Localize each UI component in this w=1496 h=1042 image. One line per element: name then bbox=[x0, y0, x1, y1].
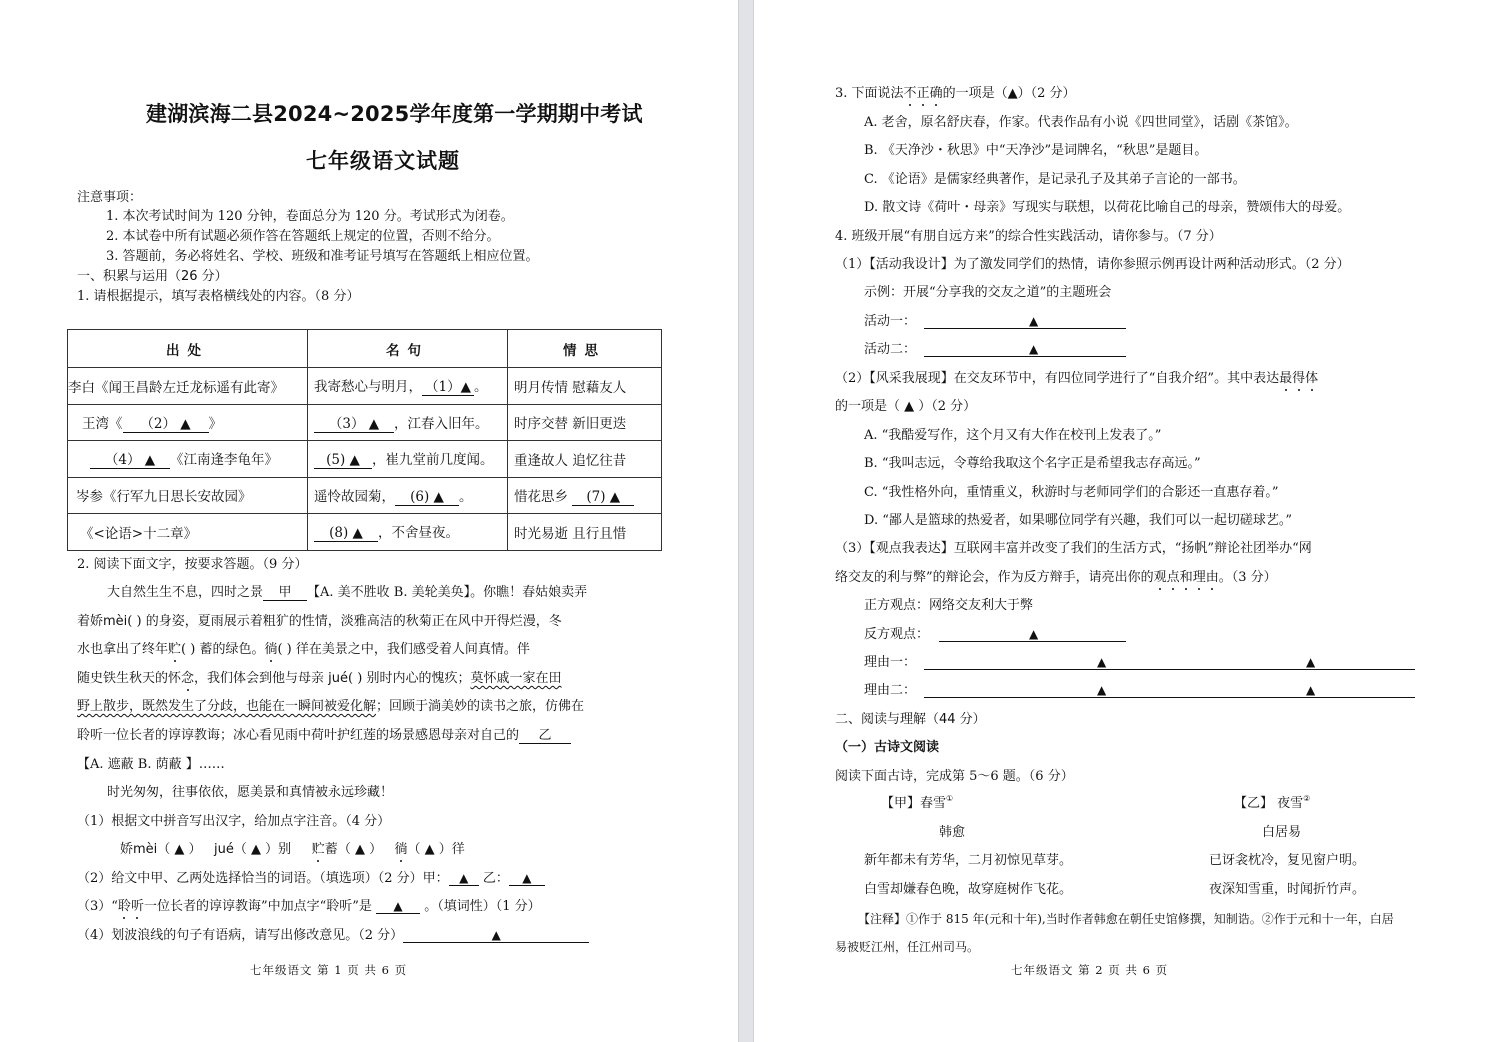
cell-source: （4） ▲《江南逢李龟年》 bbox=[68, 441, 308, 478]
option: D. 散文诗《荷叶・母亲》写现实与联想，以荷花比喻自己的母亲，赞颂伟大的母爱。 bbox=[864, 201, 1350, 214]
sub-question-4: （4）划波浪线的句子有语病，请写出修改意见。（2 分）▲ bbox=[77, 929, 589, 943]
table-row: 李白《闻王昌龄左迁龙标遥有此寄》 我寄愁心与明月，（1）▲。 明月传情 慰藉友人 bbox=[68, 368, 662, 405]
triangle-marker: ▲ bbox=[1029, 343, 1038, 355]
header-quote: 名句 bbox=[308, 330, 508, 368]
poem-title: 【乙】 夜雪② bbox=[1234, 797, 1310, 810]
cell-emotion: 时光易逝 且行且惜 bbox=[508, 514, 662, 551]
section-heading: 一、积累与运用（26 分） bbox=[77, 270, 228, 283]
triangle-marker: ▲ bbox=[1097, 684, 1106, 696]
passage-line: 大自然生生不息，四时之景甲【A. 美不胜收 B. 美轮美奂】。你瞧！春姑娘卖弄 bbox=[107, 586, 587, 601]
table-header-row: 出处 名句 情思 bbox=[68, 330, 662, 368]
option: C. “我性格外向，重情重义，秋游时与老师同学们的合影还一直惠存着。” bbox=[864, 486, 1279, 499]
passage-line: 【A. 遮蔽 B. 荫蔽 】…… bbox=[77, 758, 225, 771]
answer-slot[interactable]: （ ▲ ） bbox=[338, 842, 382, 857]
reason-1-input[interactable] bbox=[924, 669, 1415, 670]
cell-emotion: 时序交替 新旧更迭 bbox=[508, 404, 662, 441]
table-row: 《<论语>十二章》 (8) ▲，不舍昼夜。 时光易逝 且行且惜 bbox=[68, 514, 662, 551]
page-footer: 七年级语文 第 2 页 共 6 页 bbox=[1011, 965, 1168, 977]
passage-line: 着娇mèi( ) 的身姿，夏雨展示着粗犷的性情，淡雅高洁的秋菊正在风中开得烂漫，… bbox=[77, 615, 562, 628]
sub-question-1-items: 娇mèi（ ▲ ） jué（ ▲ ）别 贮蓄（ ▲ ） 徜（ ▲ ）徉 bbox=[120, 843, 465, 856]
answer-blank-yi[interactable]: ▲ bbox=[509, 872, 545, 886]
cell-quote: (5) ▲，崔九堂前几度闻。 bbox=[308, 441, 508, 478]
question-4: 4. 班级开展“有朋自远方来”的综合性实践活动，请你参与。（7 分） bbox=[835, 230, 1222, 243]
reason-2-input[interactable] bbox=[924, 697, 1415, 698]
triangle-marker: ▲ bbox=[1097, 656, 1106, 668]
cell-quote: (8) ▲，不舍昼夜。 bbox=[308, 514, 508, 551]
question-3: 3. 下面说法不正确的一项是（▲）（2 分） bbox=[835, 87, 1076, 100]
option: B. “我叫志远，令尊给我取这个名字正是希望我志存高远。” bbox=[864, 457, 1201, 470]
answer-blank[interactable]: (7) ▲ bbox=[572, 490, 634, 506]
pro-view: 正方观点：网络交友利大于弊 bbox=[864, 599, 1033, 612]
answer-blank[interactable]: (8) ▲ bbox=[314, 526, 378, 542]
sub-question-4-2-cont: 的一项是（ ▲ ）（2 分） bbox=[835, 400, 976, 413]
cell-emotion: 明月传情 慰藉友人 bbox=[508, 368, 662, 405]
answer-slot[interactable]: （ ▲ ） bbox=[408, 842, 452, 857]
table-row: （4） ▲《江南逢李龟年》 (5) ▲，崔九堂前几度闻。 重逢故人 追忆往昔 bbox=[68, 441, 662, 478]
triangle-marker: ▲ bbox=[1029, 628, 1038, 640]
wavy-underlined-sentence: 野上散步，既然发生了分歧，也能在一瞬间被爱化解 bbox=[77, 699, 376, 714]
notice-item: 3. 答题前，务必将姓名、学校、班级和准考证号填写在答题纸上相应位置。 bbox=[106, 250, 539, 263]
reason-1-label: 理由一： bbox=[864, 656, 916, 669]
option: D. “鄙人是篮球的热爱者，如果哪位同学有兴趣，我们可以一起切磋球艺。” bbox=[864, 514, 1292, 527]
cell-quote: （3） ▲，江春入旧年。 bbox=[308, 404, 508, 441]
exam-page-1: 建湖滨海二县2024~2025学年度第一学期期中考试 七年级语文试题 注意事项：… bbox=[0, 0, 738, 1042]
sub-question-2: （2）给文中甲、乙两处选择恰当的词语。（填选项）（2 分）甲：▲ 乙：▲ bbox=[77, 872, 545, 886]
answer-blank[interactable]: （2） ▲ bbox=[123, 417, 209, 433]
cell-source: 岑参《行军九日思长安故园》 bbox=[68, 477, 308, 514]
header-source: 出处 bbox=[68, 330, 308, 368]
sub-question-1: （1）根据文中拼音写出汉字，给加点字注音。（4 分） bbox=[77, 815, 390, 828]
notice-item: 1. 本次考试时间为 120 分钟，卷面总分为 120 分。考试形式为闭卷。 bbox=[106, 210, 514, 223]
poem-author: 白居易 bbox=[1262, 826, 1301, 839]
cell-emotion: 重逢故人 追忆往昔 bbox=[508, 441, 662, 478]
answer-blank[interactable]: ▲ bbox=[403, 929, 589, 943]
annotation-cont: 易被贬江州，任江州司马。 bbox=[835, 941, 979, 953]
answer-slot[interactable]: （ ▲ ） bbox=[234, 842, 278, 857]
notice-heading: 注意事项： bbox=[77, 191, 142, 204]
activity-1-label: 活动一： bbox=[864, 315, 916, 328]
answer-slot[interactable]: （ ▲ ） bbox=[157, 842, 201, 857]
reading-instruction: 阅读下面古诗，完成第 5～6 题。（6 分） bbox=[835, 770, 1074, 783]
triangle-marker: ▲ bbox=[1306, 684, 1315, 696]
option: B. 《天净沙・秋思》中“天净沙”是词牌名，“秋思”是题目。 bbox=[864, 144, 1207, 157]
option: A. “我酷爱写作，这个月又有大作在校刊上发表了。” bbox=[864, 429, 1161, 442]
exam-subtitle: 七年级语文试题 bbox=[306, 151, 460, 172]
question-2: 2. 阅读下面文字，按要求答题。（9 分） bbox=[77, 558, 307, 571]
con-view-label: 反方观点： bbox=[864, 628, 929, 641]
cell-quote: 我寄愁心与明月，（1）▲。 bbox=[308, 368, 508, 405]
poem-line: 新年都未有芳华，二月初惊见草芽。 bbox=[864, 854, 1072, 867]
poem-line: 白雪却嫌春色晚，故穿庭树作飞花。 bbox=[864, 883, 1072, 896]
sub-question-4-3: （3）【观点我表达】互联网丰富并改变了我们的生活方式，“扬帆”辩论社团举办“网 bbox=[835, 542, 1312, 555]
table-row: 岑参《行军九日思长安故园》 遥怜故园菊，(6) ▲。 惜花思乡 (7) ▲ bbox=[68, 477, 662, 514]
answer-blank[interactable]: (5) ▲ bbox=[314, 453, 372, 469]
sub-question-4-3-cont: 络交友的利与弊”的辩论会，作为反方辩手，请亮出你的观点和理由。（3 分） bbox=[835, 571, 1277, 584]
passage-line: 随史铁生秋天的怀念，我们体会到他与母亲 jué( ) 别时内心的愧疚；莫怀戚一家… bbox=[77, 672, 561, 685]
passage-line: 聆听一位长者的谆谆教诲；冰心看见雨中荷叶护红莲的场景感恩母亲对自己的乙 bbox=[77, 729, 571, 744]
wavy-underlined-sentence: 莫怀戚一家在田 bbox=[470, 671, 561, 686]
poem-line: 夜深知雪重，时闻折竹声。 bbox=[1209, 883, 1365, 896]
blank-yi: 乙 bbox=[519, 729, 571, 744]
notice-item: 2. 本试卷中所有试题必须作答在答题纸上规定的位置，否则不给分。 bbox=[106, 230, 500, 243]
triangle-marker: ▲ bbox=[1306, 656, 1315, 668]
cell-source: 王湾《（2） ▲》 bbox=[68, 404, 308, 441]
annotation: 【注释】①作于 815 年(元和十年),当时作者韩愈在朝任史馆修撰，知制诰。②作… bbox=[858, 913, 1394, 925]
passage-line: 野上散步，既然发生了分歧，也能在一瞬间被爱化解；回顾于淌美妙的读书之旅，仿佛在 bbox=[77, 700, 584, 713]
reason-2-label: 理由二： bbox=[864, 684, 916, 697]
answer-blank[interactable]: （1）▲ bbox=[422, 380, 474, 396]
table-row: 王湾《（2） ▲》 （3） ▲，江春入旧年。 时序交替 新旧更迭 bbox=[68, 404, 662, 441]
triangle-marker: ▲ bbox=[1029, 315, 1038, 327]
cell-source: 李白《闻王昌龄左迁龙标遥有此寄》 bbox=[68, 368, 308, 405]
cell-quote: 遥怜故园菊，(6) ▲。 bbox=[308, 477, 508, 514]
sub-question-4-2: （2）【风采我展现】在交友环节中，有四位同学进行了“自我介绍”。其中表达最得体 bbox=[835, 372, 1318, 385]
poem-author: 韩愈 bbox=[939, 826, 965, 839]
passage-line: 时光匆匆，往事依依，愿美景和真情被永远珍藏！ bbox=[107, 786, 393, 799]
poetry-table: 出处 名句 情思 李白《闻王昌龄左迁龙标遥有此寄》 我寄愁心与明月，（1）▲。 … bbox=[67, 329, 662, 551]
header-emotion: 情思 bbox=[508, 330, 662, 368]
blank-jia: 甲 bbox=[263, 586, 307, 601]
answer-blank-jia[interactable]: ▲ bbox=[449, 872, 479, 886]
activity-2-label: 活动二： bbox=[864, 343, 916, 356]
option: A. 老舍，原名舒庆春，作家。代表作品有小说《四世同堂》，话剧《茶馆》。 bbox=[864, 116, 1298, 129]
answer-blank[interactable]: ▲ bbox=[376, 900, 420, 914]
answer-blank[interactable]: (6) ▲ bbox=[395, 490, 459, 506]
answer-blank[interactable]: （3） ▲ bbox=[314, 417, 394, 433]
example-text: 示例：开展“分享我的交友之道”的主题班会 bbox=[864, 286, 1111, 299]
cell-emotion: 惜花思乡 (7) ▲ bbox=[508, 477, 662, 514]
page-footer: 七年级语文 第 1 页 共 6 页 bbox=[250, 965, 407, 977]
page-separator bbox=[738, 0, 754, 1042]
option: C. 《论语》是儒家经典著作，是记录孔子及其弟子言论的一部书。 bbox=[864, 173, 1246, 186]
poem-title: 【甲】春雪① bbox=[881, 797, 953, 810]
exam-page-2: 3. 下面说法不正确的一项是（▲）（2 分） A. 老舍，原名舒庆春，作家。代表… bbox=[754, 0, 1496, 1042]
answer-blank[interactable]: （4） ▲ bbox=[90, 453, 170, 469]
question-1: 1. 请根据提示，填写表格横线处的内容。（8 分） bbox=[77, 290, 359, 303]
activity-2-input[interactable] bbox=[924, 356, 1126, 357]
cell-source: 《<论语>十二章》 bbox=[68, 514, 308, 551]
sub-question-3: （3）“聆听一位长者的谆谆教诲”中加点字“聆听”是 ▲ 。（填词性）（1 分） bbox=[77, 900, 541, 914]
activity-1-input[interactable] bbox=[924, 328, 1126, 329]
sub-question-4-1: （1）【活动我设计】为了激发同学们的热情，请你参照示例再设计两种活动形式。（2 … bbox=[835, 258, 1350, 271]
poem-line: 已讶衾枕冷，复见窗户明。 bbox=[1209, 854, 1365, 867]
exam-title: 建湖滨海二县2024~2025学年度第一学期期中考试 bbox=[146, 104, 643, 125]
passage-line: 水也拿出了终年贮( ) 蓄的绿色。徜( ) 徉在美景之中，我们感受着人间真情。伴 bbox=[77, 643, 530, 656]
con-view-input[interactable] bbox=[939, 641, 1126, 642]
section-heading: 二、阅读与理解（44 分） bbox=[835, 713, 986, 726]
subsection-heading: （一）古诗文阅读 bbox=[835, 741, 939, 754]
